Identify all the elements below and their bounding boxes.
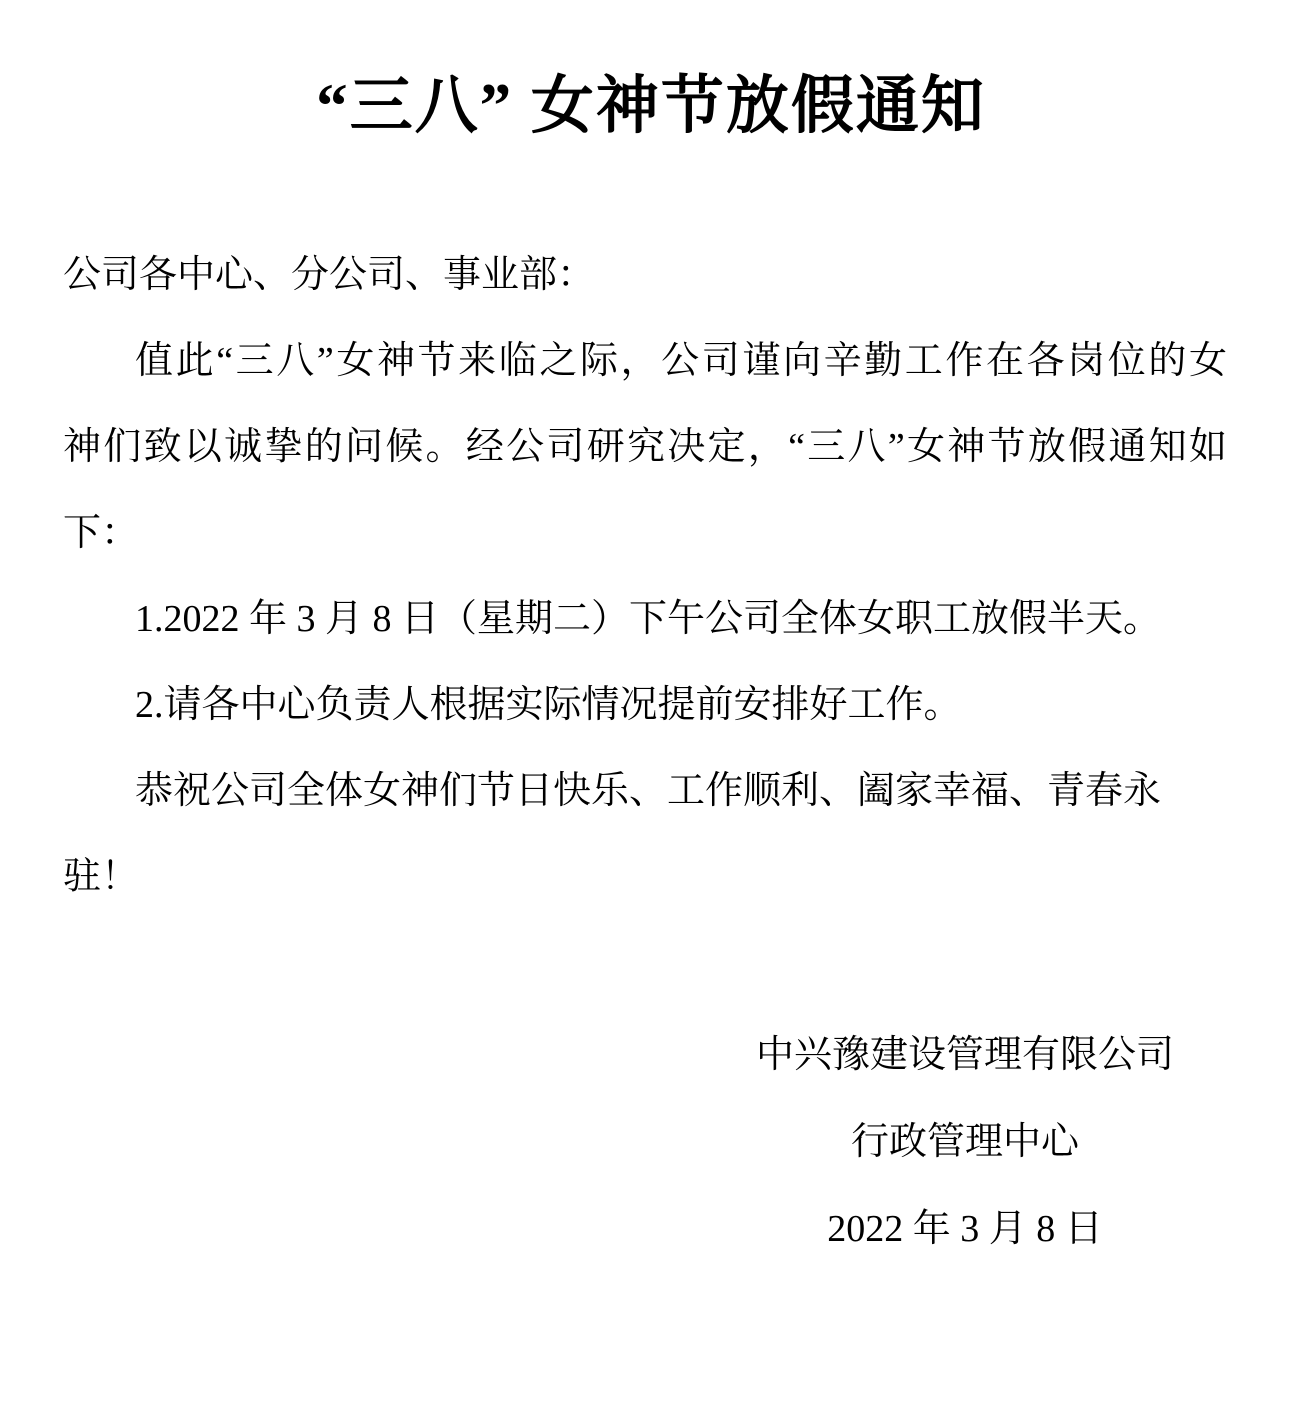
signature-company: 中兴豫建设管理有限公司 [700, 1012, 1230, 1099]
list-item-2: 2.请各中心负责人根据实际情况提前安排好工作。 [63, 662, 1227, 748]
signature-department: 行政管理中心 [700, 1099, 1230, 1186]
list-item-1: 1.2022 年 3 月 8 日（星期二）下午公司全体女职工放假半天。 [63, 576, 1227, 662]
paragraph-line-3: 下： [63, 490, 1227, 576]
closing-line: 恭祝公司全体女神们节日快乐、工作顺利、阖家幸福、青春永驻！ [63, 748, 1227, 920]
signature-date: 2022 年 3 月 8 日 [700, 1186, 1230, 1273]
paragraph-line-1: 值此“三八”女神节来临之际，公司谨向辛勤工作在各岗位的女 [63, 318, 1227, 404]
document-title: “三八” 女神节放假通知 [0, 55, 1302, 146]
paragraph-line-2: 神们致以诚挚的问候。经公司研究决定，“三八”女神节放假通知如 [63, 404, 1227, 490]
notice-document-page: “三八” 女神节放假通知 公司各中心、分公司、事业部： 值此“三八”女神节来临之… [0, 0, 1302, 1410]
signature-block: 中兴豫建设管理有限公司 行政管理中心 2022 年 3 月 8 日 [700, 1012, 1230, 1273]
salutation-line: 公司各中心、分公司、事业部： [63, 232, 1227, 318]
document-body: 公司各中心、分公司、事业部： 值此“三八”女神节来临之际，公司谨向辛勤工作在各岗… [63, 232, 1227, 920]
